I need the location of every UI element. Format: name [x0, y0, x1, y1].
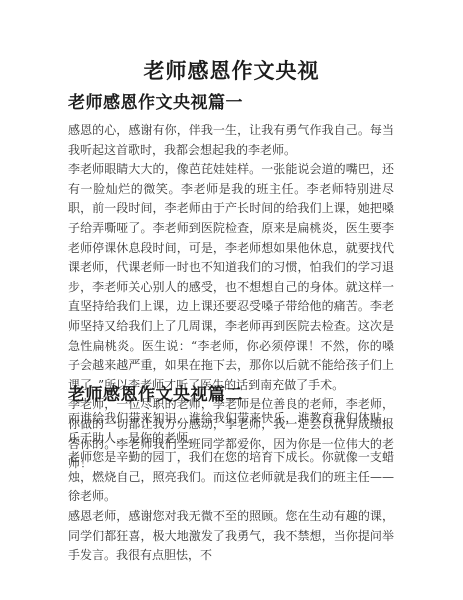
- paragraph: 李老师眼睛大大的，像芭芘娃娃样。一张能说会道的嘴巴，还有一脸灿烂的微笑。李老师是…: [68, 160, 394, 395]
- paragraph: 而谁给我们带来知识，谁给我们带来快乐，谁教育我们体贴，乐于助人，是你的老师。: [68, 409, 394, 448]
- paragraph: 感恩的心，感谢有你，伴我一生，让我有勇气作我自己。每当我听起这首歌时，我都会想起…: [68, 121, 394, 160]
- section-body-2: 而谁给我们带来知识，谁给我们带来快乐，谁教育我们体贴，乐于助人，是你的老师。 老…: [68, 409, 394, 566]
- document-title: 老师感恩作文央视: [0, 55, 463, 85]
- section-heading-1: 老师感恩作文央视篇一: [68, 92, 243, 114]
- section-heading-2: 老师感恩作文央视篇二: [68, 384, 243, 406]
- paragraph: 感恩老师，感谢您对我无微不至的照顾。您在生动有趣的课，同学们都狂喜，极大地激发了…: [68, 507, 394, 566]
- paragraph: 老师您是辛勤的园丁，我们在您的培育下成长。你就像一支蜡烛，燃烧自己，照亮我们。而…: [68, 448, 394, 507]
